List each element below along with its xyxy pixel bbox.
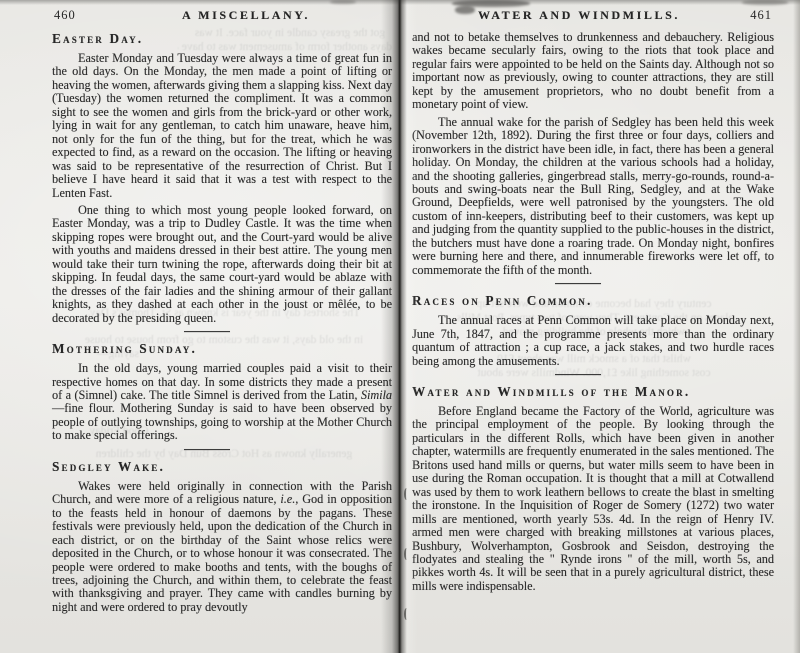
running-header-left: A MISCELLANY. xyxy=(76,8,416,23)
top-edge-shadow xyxy=(0,0,800,5)
ink-smudge xyxy=(330,0,356,4)
paragraph: and not to betake themselves to drunkenn… xyxy=(412,31,774,112)
paragraph: The annual wake for the parish of Sedgle… xyxy=(412,116,774,277)
running-header-right: WATER AND WINDMILLS. xyxy=(398,8,760,23)
paragraph: In the old days, young married couples p… xyxy=(52,362,392,443)
binding-stitch-mark xyxy=(404,488,409,500)
page-content-right: and not to betake themselves to drunkenn… xyxy=(412,31,774,593)
paragraph: Easter Monday and Tuesday were always a … xyxy=(52,52,392,200)
binding-stitch-mark xyxy=(404,548,409,560)
ink-smudge xyxy=(742,0,788,5)
running-header-row-left: 460 A MISCELLANY. xyxy=(52,8,392,23)
paragraph: Before England became the Factory of the… xyxy=(412,405,774,593)
paragraph: Wakes were held originally in connection… xyxy=(52,480,392,615)
binding-stitch-mark xyxy=(404,608,409,620)
section-heading: Water and Windmills of the Manor. xyxy=(412,384,774,400)
section-heading: Races on Penn Common. xyxy=(412,293,774,309)
page-left: 460 A MISCELLANY. Easter Day.Easter Mond… xyxy=(0,0,398,653)
scanned-book-spread: 460 A MISCELLANY. Easter Day.Easter Mond… xyxy=(0,0,800,653)
right-edge-shadow xyxy=(793,0,800,653)
ink-smudge xyxy=(455,6,475,14)
page-number-right: 461 xyxy=(750,8,772,23)
section-heading: Easter Day. xyxy=(52,31,392,47)
page-right: WATER AND WINDMILLS. 461 and not to beta… xyxy=(404,0,800,653)
section-heading: Mothering Sunday. xyxy=(52,341,392,357)
section-divider xyxy=(184,331,230,332)
paragraph: One thing to which most young people loo… xyxy=(52,204,392,325)
section-divider xyxy=(555,374,601,375)
section-heading: Sedgley Wake. xyxy=(52,459,392,475)
section-divider xyxy=(184,449,230,450)
page-number-left: 460 xyxy=(54,8,76,23)
book-gutter-shadow xyxy=(381,0,417,653)
page-content-left: Easter Day.Easter Monday and Tuesday wer… xyxy=(52,31,392,614)
paragraph: The annual races at Penn Common will tak… xyxy=(412,314,774,368)
section-divider xyxy=(555,283,601,284)
